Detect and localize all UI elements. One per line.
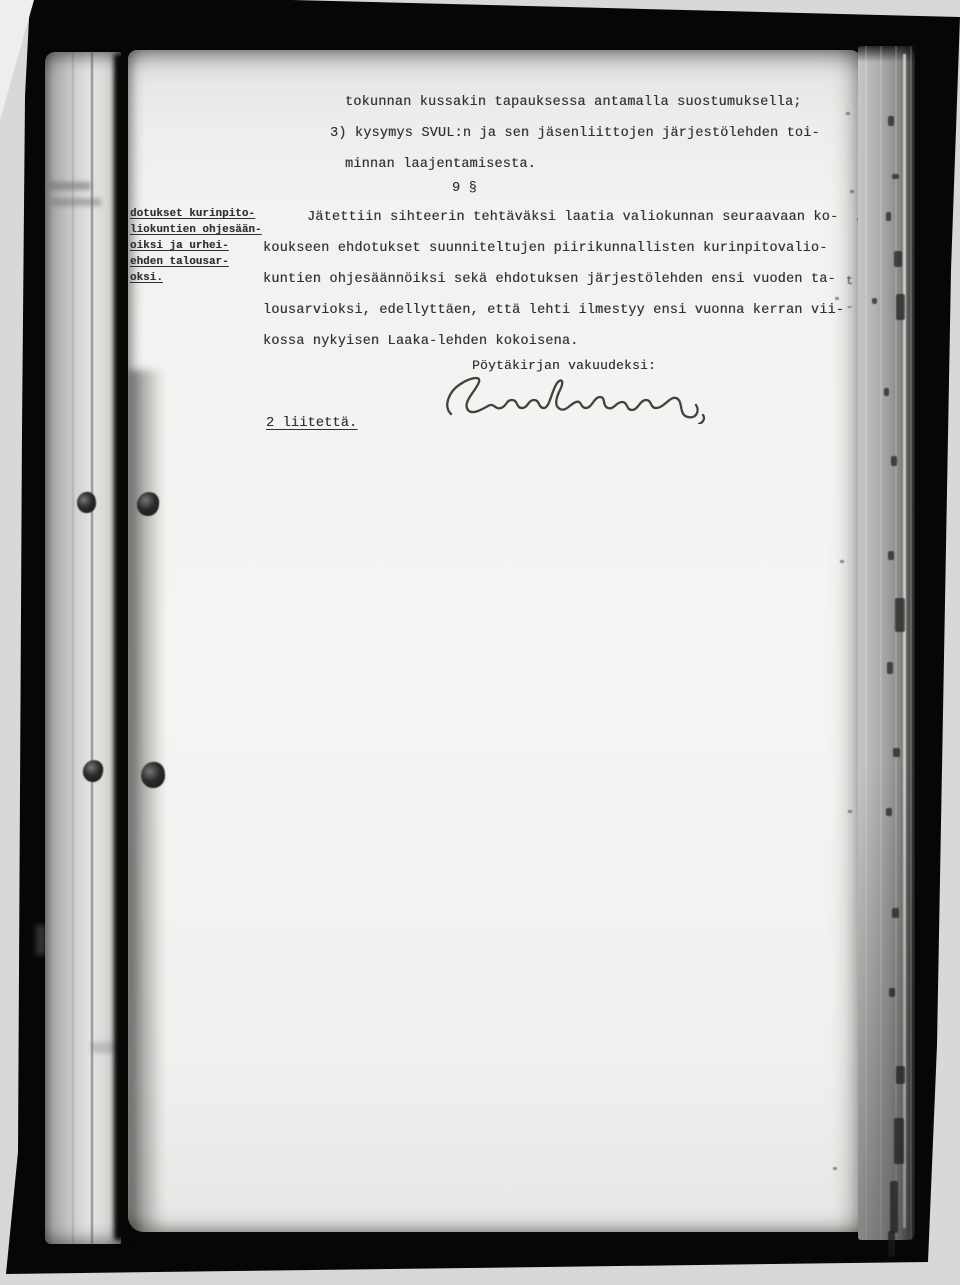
paper-fleck [846, 112, 850, 115]
margin-note-line: ehden talousar- [130, 256, 229, 269]
page-stack-streaks [858, 46, 915, 1240]
section-mark: 9 § [452, 181, 477, 196]
punch-hole [76, 491, 98, 514]
page-stack-highlight [903, 54, 906, 1228]
stray-mark-t: t [846, 274, 853, 288]
attachments-note: 2 liitettä. [266, 416, 357, 431]
margin-note-line: dotukset kurinpito- [130, 208, 255, 221]
fold-crease-line [72, 52, 74, 1244]
body-line: koukseen ehdotukset suunniteltujen piiri… [263, 241, 828, 256]
signature-handwriting [443, 372, 723, 424]
archive-scan-photo: tokunnan kussakin tapauksessa antamalla … [0, 0, 960, 1285]
paper-fleck [848, 810, 852, 813]
fold-crease-line [91, 52, 93, 1244]
document-page: tokunnan kussakin tapauksessa antamalla … [128, 50, 862, 1232]
previous-page-fold-edge [45, 52, 121, 1244]
paper-fleck [850, 190, 854, 193]
punch-hole [81, 758, 105, 783]
paper-fleck [835, 297, 839, 300]
margin-note-line: oiksi ja urhei- [130, 240, 229, 253]
body-line: Jätettiin sihteerin tehtäväksi laatia va… [307, 210, 838, 225]
ink-bleedthrough-smudge [51, 198, 101, 206]
body-line: lousarvioksi, edellyttäen, että lehti il… [263, 303, 844, 318]
gutter-smudge [36, 925, 46, 955]
body-line: kuntien ohjesäännöiksi sekä ehdotuksen j… [263, 272, 836, 287]
continuation-line: tokunnan kussakin tapauksessa antamalla … [345, 95, 802, 110]
stray-mark-semicolon [872, 298, 877, 304]
body-line: kossa nykyisen Laaka-lehden kokoisena. [263, 334, 578, 349]
attestation-label: Pöytäkirjan vakuudeksi: [472, 358, 656, 373]
continuation-line: minnan laajentamisesta. [345, 157, 536, 172]
margin-note-line: liokuntien ohjesään- [130, 224, 262, 237]
stray-mark-dash: - [846, 300, 853, 314]
paper-fleck [840, 560, 844, 563]
page-stack-edge [858, 46, 915, 1240]
continuation-line: 3) kysymys SVUL:n ja sen jäsenliittojen … [330, 126, 820, 141]
margin-note-line: oksi. [130, 272, 163, 285]
paper-fleck [833, 1167, 837, 1170]
ink-bleedthrough-smudge [49, 182, 91, 190]
